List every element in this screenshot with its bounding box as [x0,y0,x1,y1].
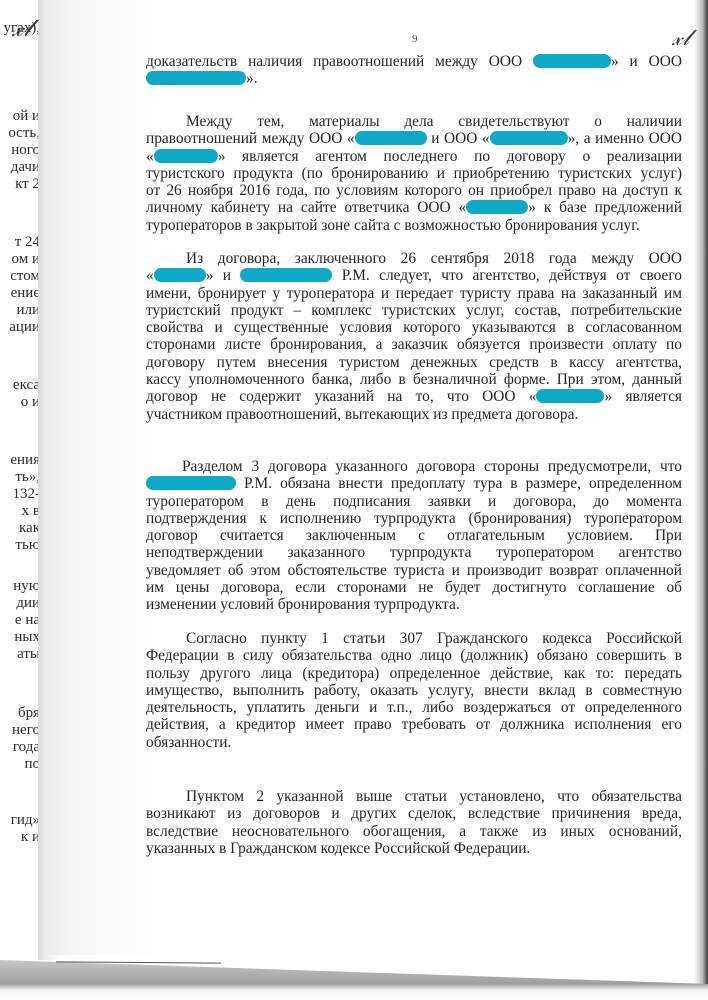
previous-page-line: ного [11,142,40,158]
redaction-mark [146,71,246,85]
text-line: пользу другого лица (кредитора) определе… [146,665,682,682]
text-line: туристский продукт – комплекс туристских… [146,302,682,319]
previous-page-line: ную [13,578,40,594]
previous-page-line: ой и [13,108,40,124]
previous-page-line: екса [13,377,40,393]
paragraph: Согласно пункту 1 статьи 307 Гражданског… [146,630,682,751]
text-line: туроператором в день подписания заявки и… [146,493,682,510]
previous-page-line: или [16,302,40,318]
text-line: Федерации в силу обязательства одно лицо… [146,647,682,664]
previous-page-line: года [13,739,40,755]
handwritten-mark-right: 𝓍𝓁 [672,26,690,51]
text-line: подтверждения к исполнению турпродукта (… [146,510,682,527]
previous-page-line: стом [10,268,40,284]
text-line: Из договора, заключенного 26 сентября 20… [146,250,682,267]
text-line: сторонами листе бронирования, а заказчик… [146,336,682,353]
previous-page-strip: угах),ой иость,ногодачикт 2т 24ом истоме… [0,0,42,960]
redaction-mark [466,200,528,214]
text-line: свойства и существенные условия которого… [146,319,682,336]
previous-page-line: ных [14,629,40,645]
previous-page-line: тью [15,537,40,553]
handwritten-mark-left: 𝓍𝓁 [12,14,31,42]
page-number: 9 [412,33,418,45]
text-line: договор считается заключенным с отлагате… [146,527,682,544]
redaction-mark [536,389,604,403]
previous-page-line: него [12,722,40,738]
previous-page-line: е на [15,612,40,628]
previous-page-line: дачи [11,159,40,175]
text-line: договору путем внесения туристом денежны… [146,354,682,371]
text-line: доказательств наличия правоотношений меж… [146,53,682,70]
text-line: деятельность, уплатить деньги и т.п., ли… [146,699,682,716]
text-line: договор не содержит указаний на то, что … [146,388,682,405]
text-line: Разделом 3 договора указанного договора … [146,458,682,475]
text-line: уведомляет об этом обстоятельстве турист… [146,562,682,579]
redaction-mark [355,131,427,145]
text-line: туроператоров в закрытой зоне сайта с во… [146,217,682,234]
text-line: обязанности. [146,734,682,751]
paragraph: Между тем, материалы дела свидетельствую… [146,113,682,234]
redaction-mark [533,54,611,68]
text-line: изменении условий бронирования турпродук… [146,596,682,613]
previous-page-line: ость, [8,125,40,141]
text-line: вследствие неосновательного обогащения, … [146,823,682,840]
text-line: личному кабинету на сайте ответчика ООО … [146,199,682,216]
text-line: Согласно пункту 1 статьи 307 Гражданског… [146,630,682,647]
page-right-edge [694,0,708,1000]
text-line: от 26 ноября 2016 года, по условиям кото… [146,182,682,199]
paragraph: Разделом 3 договора указанного договора … [146,458,682,614]
previous-page-text: угах),ой иость,ногодачикт 2т 24ом истоме… [0,0,42,960]
redaction-mark [490,131,568,145]
previous-page-line: ть», [15,469,40,485]
redaction-mark [240,268,332,282]
previous-page-line: т 24 [15,234,40,250]
text-line: Пунктом 2 указанной выше статьи установл… [146,788,682,805]
text-line: неподтверждении заказанного турпродукта … [146,544,682,561]
previous-page-line: гид» [11,812,40,828]
previous-page-line: бря [18,705,40,721]
previous-page-line: ение [11,285,40,301]
text-line: «» и Р.М. следует, что агентство, действ… [146,267,682,284]
text-line: Между тем, материалы дела свидетельствую… [146,113,682,130]
text-line: указанных в Гражданском кодексе Российск… [146,840,682,857]
text-line: им цены договора, если сторонами не буде… [146,579,682,596]
previous-page-line: как [19,520,40,536]
redaction-mark [146,476,236,490]
previous-page-line: ации [9,319,40,335]
previous-page-line: ом и [12,251,40,267]
paragraph: Пунктом 2 указанной выше статьи установл… [146,788,682,857]
page-bottom-shadow [0,960,708,1000]
text-line: возникают из договоров и других сделок, … [146,805,682,822]
text-line: участником правоотношений, вытекающих из… [146,406,682,423]
redaction-mark [154,149,218,163]
previous-page-line: кт 2 [15,176,40,192]
redaction-mark [154,268,206,282]
text-line: Р.М. обязана внести предоплату тура в ра… [146,475,682,492]
paragraph: Из договора, заключенного 26 сентября 20… [146,250,682,423]
paragraph: доказательств наличия правоотношений меж… [146,53,682,88]
text-line: туристского продукта (по бронированию и … [146,165,682,182]
previous-page-line: 132- [13,486,41,502]
previous-page-line: ения [10,452,40,468]
text-line: ». [146,70,682,87]
text-line: «» является агентом последнего по догово… [146,148,682,165]
text-line: кассу уполномоченного банка, либо в безн… [146,371,682,388]
text-line: действия, а кредитор имеет право требова… [146,716,682,733]
text-line: имени, бронирует у туроператора и переда… [146,285,682,302]
text-line: имущество, выполнить работу, оказать усл… [146,682,682,699]
previous-page-line: аты [17,646,40,662]
text-line: правоотношений между ООО « и ООО «», а и… [146,130,682,147]
previous-page-line: дии [16,595,40,611]
